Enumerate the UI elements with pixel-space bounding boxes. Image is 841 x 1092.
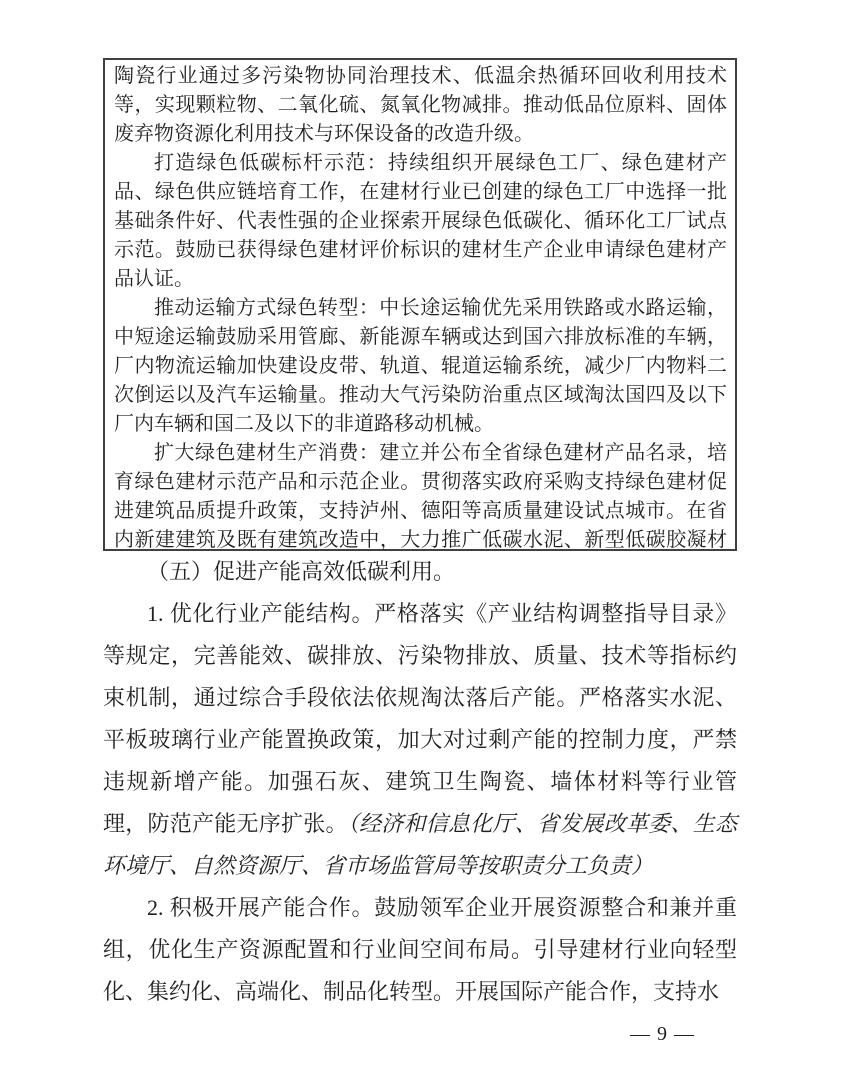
paragraph-1-text: 1. 优化行业产能结构。严格落实《产业结构调整指导目录》等规定，完善能效、碳排放…	[103, 601, 737, 836]
paragraph-2-text: 2. 积极开展产能合作。鼓励领军企业开展资源整合和兼并重组，优化生产资源配置和行…	[103, 895, 737, 1004]
section-heading-5: （五）促进产能高效低碳利用。	[103, 551, 737, 593]
box-paragraph-transport: 推动运输方式绿色转型：中长途运输优先采用铁路或水路运输，中短途运输鼓励采用管廊、…	[114, 294, 727, 439]
document-page: 陶瓷行业通过多污染物协同治理技术、低温余热循环回收利用技术等，实现颗粒物、二氧化…	[0, 0, 841, 1092]
body-text-block: （五）促进产能高效低碳利用。 1. 优化行业产能结构。严格落实《产业结构调整指导…	[103, 551, 737, 1013]
numbered-paragraph-2: 2. 积极开展产能合作。鼓励领军企业开展资源整合和兼并重组，优化生产资源配置和行…	[103, 887, 737, 1013]
box-paragraph-green-materials: 扩大绿色建材生产消费：建立并公布全省绿色建材产品名录，培育绿色建材示范产品和示范…	[114, 439, 727, 551]
box-paragraph-green-benchmark: 打造绿色低碳标杆示范：持续组织开展绿色工厂、绿色建材产品、绿色供应链培育工作，在…	[114, 149, 727, 294]
box-paragraph-ceramics: 陶瓷行业通过多污染物协同治理技术、低温余热循环回收利用技术等，实现颗粒物、二氧化…	[114, 62, 727, 149]
numbered-paragraph-1: 1. 优化行业产能结构。严格落实《产业结构调整指导目录》等规定，完善能效、碳排放…	[103, 593, 737, 887]
boxed-text-block: 陶瓷行业通过多污染物协同治理技术、低温余热循环回收利用技术等，实现颗粒物、二氧化…	[103, 58, 737, 551]
page-number: — 9 —	[630, 1023, 740, 1046]
